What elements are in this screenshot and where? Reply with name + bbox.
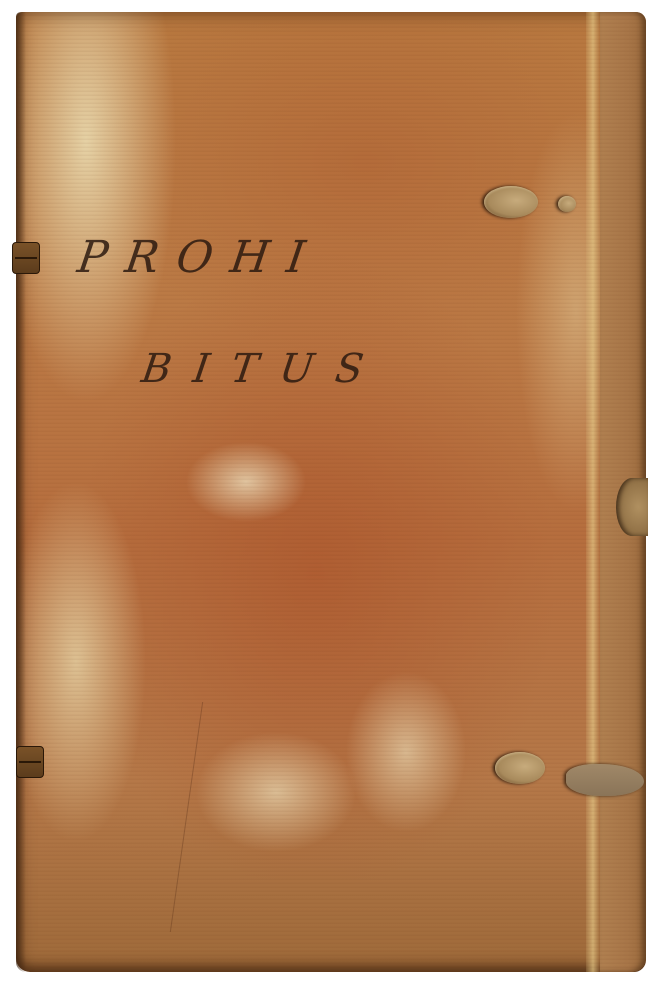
clasp-notch-icon: [616, 478, 648, 536]
cover-crease: [170, 702, 263, 932]
inscription-line-2: BITUS: [139, 346, 388, 392]
book-cover: [16, 12, 646, 972]
edge-tab-top-icon: [12, 242, 40, 274]
left-edge-shadow: [16, 12, 26, 972]
edge-tab-bottom-icon: [16, 746, 44, 778]
tie-strap-icon: [566, 764, 644, 796]
tie-hole-bottom-icon: [495, 752, 545, 784]
tie-hole-top-icon: [484, 186, 538, 218]
spine-fold: [586, 12, 600, 972]
tie-hole-small-icon: [558, 196, 576, 212]
inscription-line-1: PROHI: [74, 232, 326, 283]
